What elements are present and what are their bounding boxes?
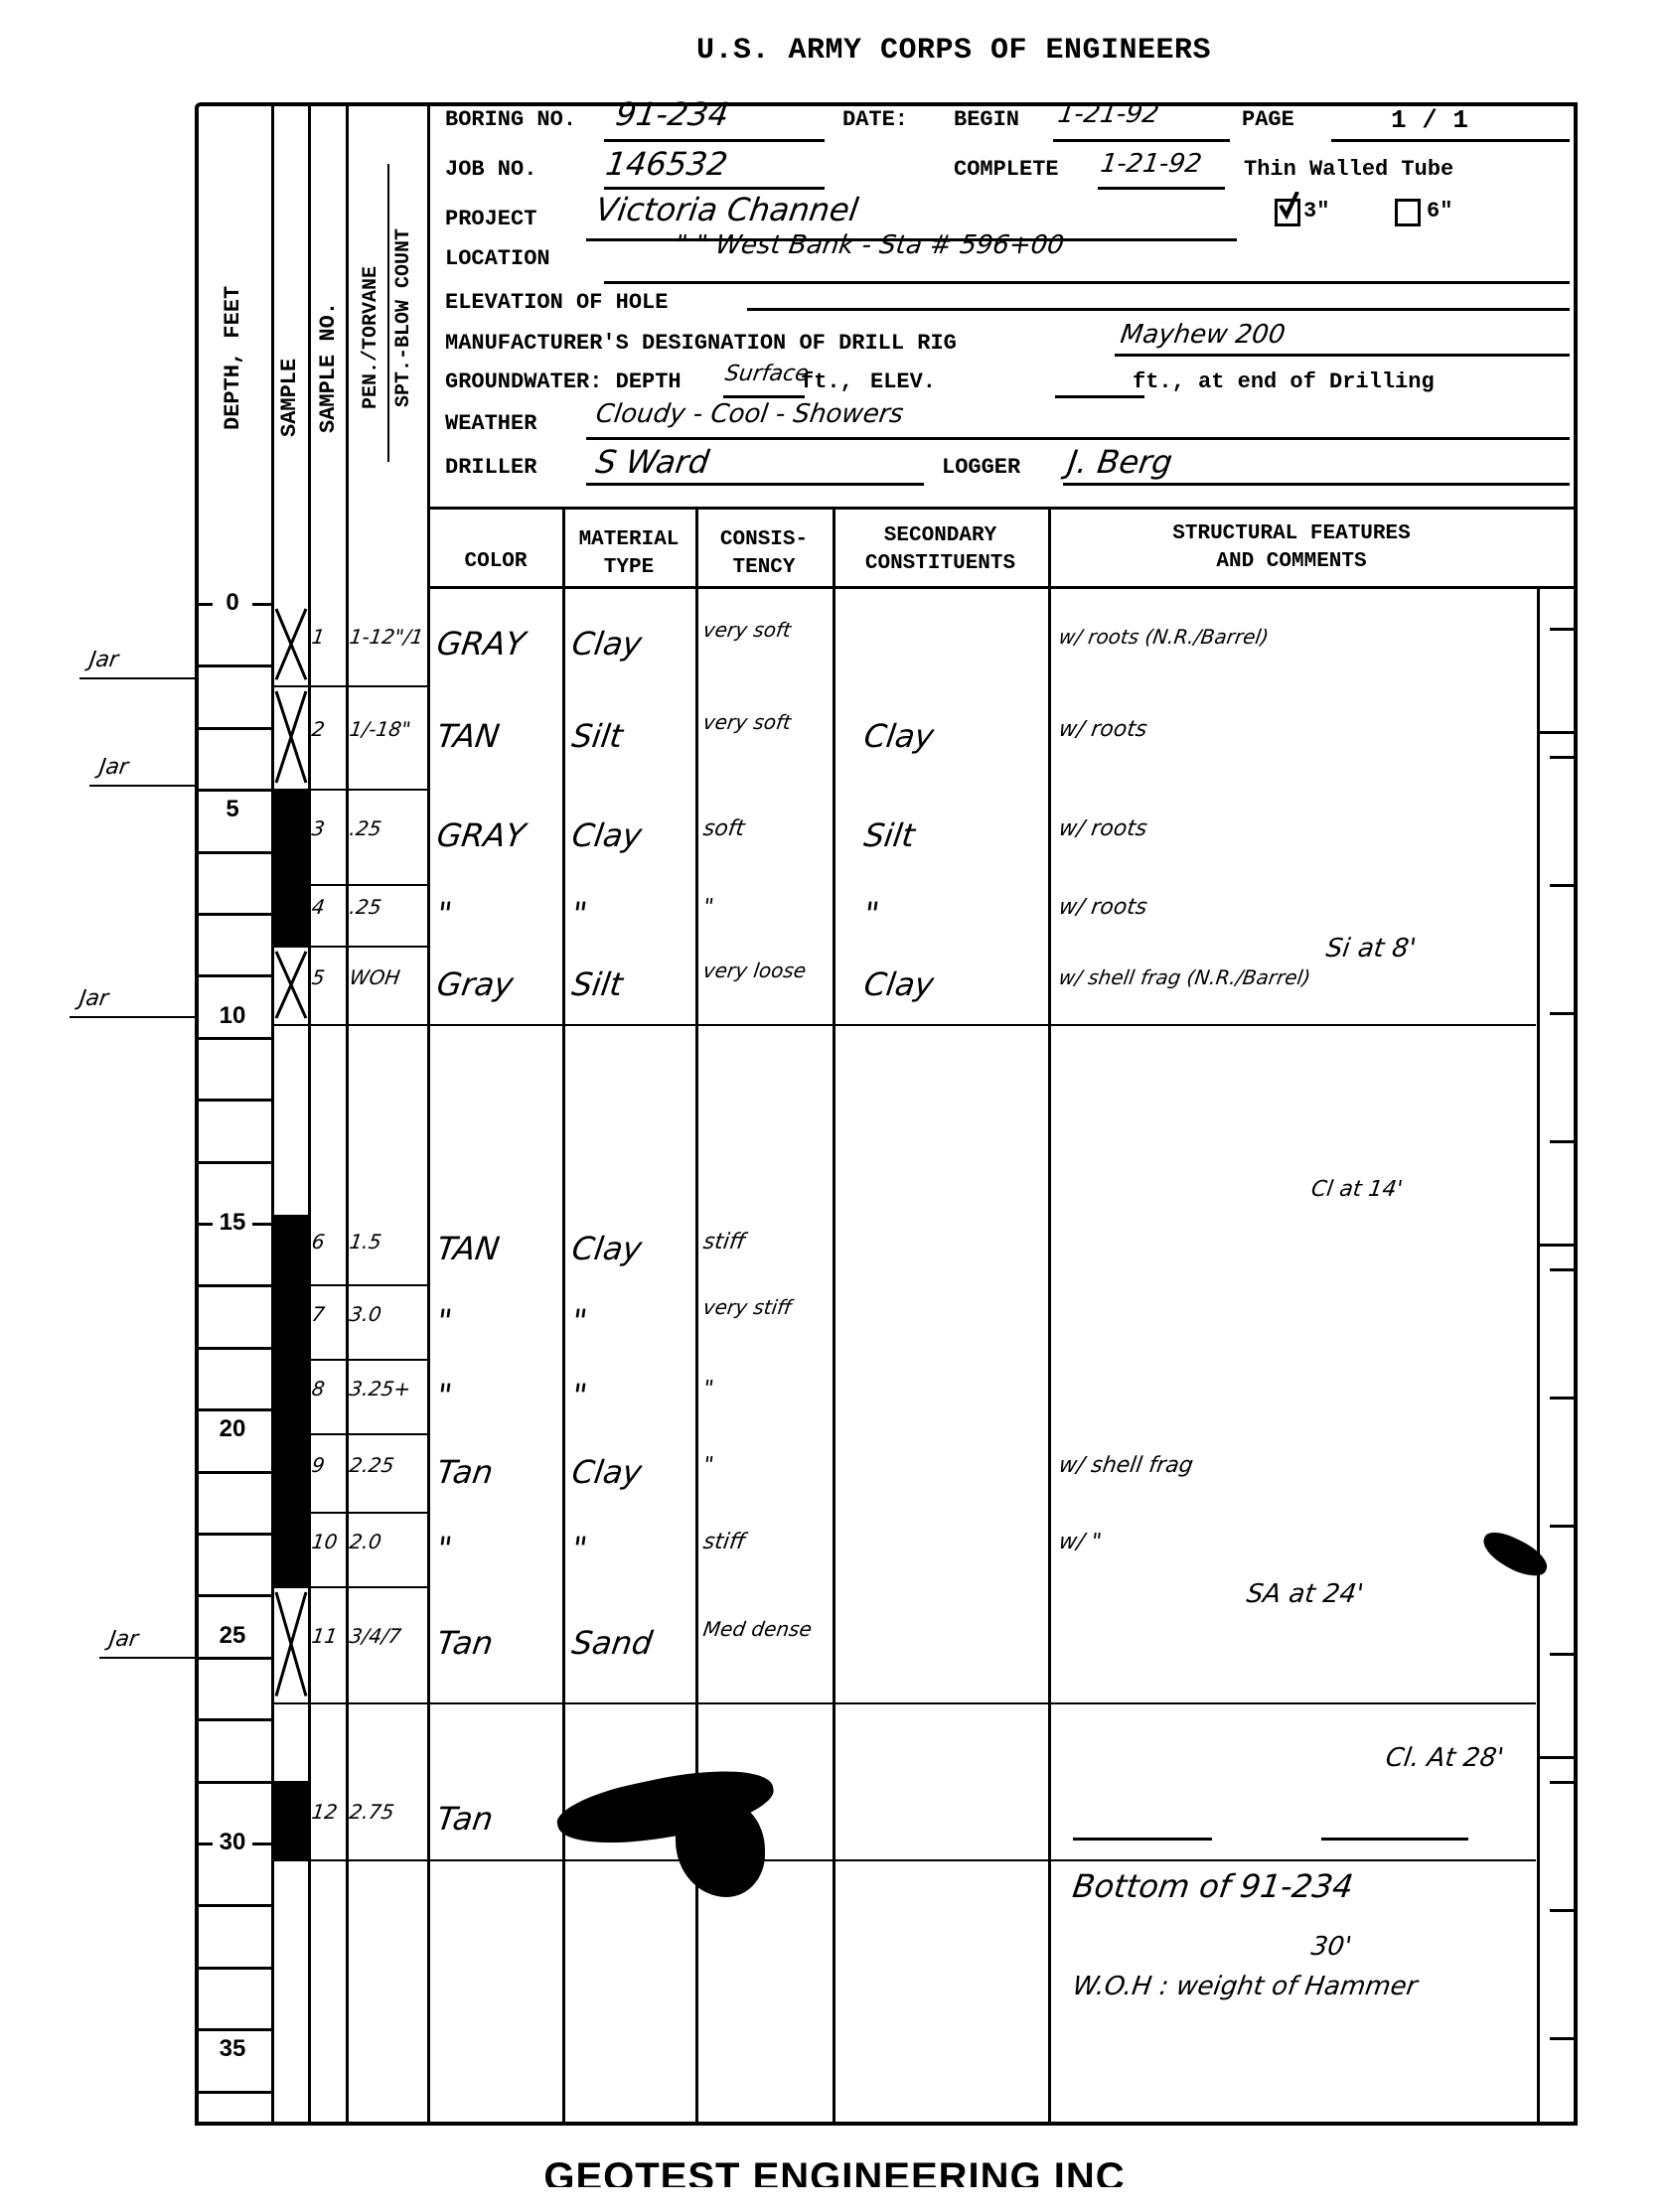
right-tick bbox=[1550, 2037, 1576, 2040]
sample-pen-value[interactable]: 3.25+ bbox=[348, 1377, 412, 1401]
elevation-label: ELEVATION OF HOLE bbox=[445, 290, 668, 315]
depth-grid-line bbox=[198, 1037, 271, 1040]
right-tick bbox=[1550, 1012, 1576, 1015]
depth-grid-line bbox=[198, 1284, 271, 1287]
sample-material[interactable]: Silt bbox=[569, 717, 625, 755]
depth-grid-line bbox=[198, 2091, 271, 2094]
sample-row-divider bbox=[274, 789, 428, 791]
sample-tube-fill bbox=[274, 1215, 308, 1586]
sample-row-divider bbox=[274, 1586, 428, 1588]
sample-pen-value[interactable]: 1-12"/1 bbox=[348, 625, 424, 649]
sample-row-divider bbox=[274, 1359, 428, 1361]
sample-x-icon bbox=[274, 1590, 308, 1697]
depth-grid-line bbox=[198, 1781, 271, 1784]
right-tick bbox=[1550, 628, 1576, 631]
comments-line-1: STRUCTURAL FEATURES bbox=[1048, 520, 1535, 548]
margin-underline bbox=[70, 1016, 195, 1018]
column-header-depth: DEPTH, FEET bbox=[221, 258, 245, 457]
right-tick bbox=[1550, 1781, 1576, 1784]
column-header-secondary: SECONDARY CONSTITUENTS bbox=[833, 522, 1048, 578]
margin-jar-mark: Jar bbox=[107, 1627, 140, 1652]
job-no-label: JOB NO. bbox=[445, 157, 536, 182]
divider bbox=[562, 507, 565, 2126]
divider bbox=[427, 507, 1578, 510]
ft-label: ft., bbox=[801, 369, 853, 394]
material-line-2: TYPE bbox=[562, 554, 695, 582]
underline bbox=[1073, 1838, 1212, 1841]
material-line-1: MATERIAL bbox=[562, 526, 695, 554]
annotation-si-at-8: Si at 8' bbox=[1324, 934, 1418, 963]
sample-material[interactable]: Clay bbox=[569, 1800, 644, 1838]
divider bbox=[427, 102, 430, 2126]
groundwater-elev-field bbox=[1055, 395, 1144, 398]
sample-consistency[interactable]: very stiff bbox=[701, 1296, 824, 1318]
right-tick bbox=[1550, 1909, 1576, 1912]
sample-consistency[interactable]: stiff bbox=[701, 1230, 747, 1254]
underline bbox=[604, 139, 825, 142]
sample-row-divider bbox=[274, 946, 428, 948]
project-value[interactable]: Victoria Channel bbox=[593, 191, 860, 228]
tube-6in-label: 6" bbox=[1427, 199, 1452, 223]
sample-tube-fill bbox=[274, 1781, 308, 1859]
sample-comments[interactable]: w/ roots bbox=[1057, 895, 1148, 920]
sample-pen-value[interactable]: 1/-18" bbox=[348, 717, 412, 741]
column-header-color: COLOR bbox=[429, 548, 562, 576]
sample-comments[interactable]: w/ roots bbox=[1057, 717, 1148, 742]
margin-jar-mark: Jar bbox=[97, 755, 130, 780]
divider bbox=[427, 586, 1578, 589]
depth-label: 30 bbox=[213, 1829, 252, 1856]
depth-grid-line bbox=[198, 1967, 271, 1970]
complete-label: COMPLETE bbox=[954, 157, 1059, 182]
column-header-comments: STRUCTURAL FEATURES AND COMMENTS bbox=[1048, 520, 1535, 576]
annotation-sa-at-24: SA at 24' bbox=[1245, 1579, 1365, 1609]
sample-tube-fill bbox=[274, 789, 308, 946]
tube-label: Thin Walled Tube bbox=[1244, 157, 1453, 182]
fraction-bar bbox=[387, 164, 389, 462]
sample-sample-no: 11 bbox=[310, 1624, 339, 1648]
depth-grid-line bbox=[198, 1718, 271, 1721]
sample-color[interactable]: Tan bbox=[434, 1800, 495, 1838]
margin-jar-mark: Jar bbox=[87, 648, 120, 672]
margin-underline bbox=[99, 1657, 195, 1659]
sample-sample-no: 10 bbox=[310, 1530, 339, 1553]
groundwater-label: GROUNDWATER: DEPTH bbox=[445, 369, 682, 394]
bottom-of-boring-note: Bottom of 91-234 bbox=[1070, 1867, 1355, 1905]
sample-pen-value[interactable]: 2.25 bbox=[348, 1453, 395, 1477]
underline bbox=[1321, 1838, 1468, 1841]
sample-material[interactable]: Silt bbox=[569, 965, 625, 1003]
driller-value[interactable]: S Ward bbox=[593, 443, 711, 481]
divider bbox=[1537, 586, 1540, 2126]
sample-color[interactable]: Gray bbox=[434, 965, 516, 1003]
sample-pen-value[interactable]: WOH bbox=[348, 965, 401, 989]
depth-grid-line bbox=[198, 1594, 271, 1597]
sample-material[interactable]: Clay bbox=[569, 1230, 644, 1267]
sample-consistency[interactable]: Med dense bbox=[701, 1618, 824, 1640]
job-no-value[interactable]: 146532 bbox=[603, 145, 729, 183]
underline bbox=[604, 187, 825, 190]
divider bbox=[833, 507, 835, 2126]
secondary-line-2: CONSTITUENTS bbox=[833, 550, 1048, 578]
sample-color[interactable]: Tan bbox=[434, 1624, 495, 1662]
page-label: PAGE bbox=[1242, 107, 1294, 132]
depth-grid-line bbox=[198, 1099, 271, 1102]
depth-label: 35 bbox=[213, 2035, 252, 2063]
sample-pen-value[interactable]: 3.0 bbox=[348, 1302, 382, 1326]
sample-consistency[interactable]: stiff bbox=[701, 1530, 747, 1554]
boring-no-value[interactable]: 91-234 bbox=[613, 95, 731, 133]
sample-consistency[interactable]: very soft bbox=[701, 711, 824, 733]
depth-grid-line bbox=[198, 913, 271, 916]
right-tick bbox=[1550, 1397, 1576, 1400]
depth-grid-line bbox=[198, 664, 271, 667]
underline bbox=[1331, 139, 1570, 142]
sample-comments[interactable]: w/ roots bbox=[1057, 816, 1148, 841]
margin-jar-mark: Jar bbox=[77, 986, 110, 1011]
logger-label: LOGGER bbox=[942, 455, 1020, 480]
sample-color[interactable]: GRAY bbox=[434, 625, 528, 663]
column-header-pen-torvane: PEN./TORVANE bbox=[360, 223, 382, 452]
sample-row-divider bbox=[274, 1024, 1536, 1026]
sample-row-divider bbox=[274, 1859, 1536, 1861]
right-tick-major bbox=[1537, 1756, 1577, 1759]
elevation-field bbox=[747, 308, 1570, 311]
agency-title: U.S. ARMY CORPS OF ENGINEERS bbox=[119, 34, 1669, 68]
sample-row-divider bbox=[274, 685, 428, 687]
underline bbox=[1063, 483, 1570, 486]
column-header-material: MATERIAL TYPE bbox=[562, 526, 695, 582]
sample-sample-no: 12 bbox=[310, 1800, 339, 1824]
column-header-spt-blow-count: SPT.-BLOW COUNT bbox=[392, 184, 415, 452]
depth-grid-line bbox=[198, 1533, 271, 1536]
groundwater-suffix: ft., at end of Drilling bbox=[1133, 369, 1435, 394]
underline bbox=[1115, 354, 1570, 357]
sample-x-icon bbox=[274, 689, 308, 785]
tube-3in-checkbox[interactable] bbox=[1275, 199, 1300, 226]
depth-label: 15 bbox=[213, 1209, 252, 1237]
drill-rig-value[interactable]: Mayhew 200 bbox=[1119, 320, 1288, 350]
comments-line-2: AND COMMENTS bbox=[1048, 548, 1535, 576]
woh-note: W.O.H : weight of Hammer bbox=[1071, 1972, 1420, 2001]
page-value[interactable]: 1 / 1 bbox=[1391, 105, 1468, 135]
project-label: PROJECT bbox=[445, 207, 536, 231]
sample-pen-value[interactable]: 3/4/7 bbox=[348, 1624, 402, 1648]
sample-comments[interactable]: w/ roots (N.R./Barrel) bbox=[1057, 625, 1270, 649]
right-tick-major bbox=[1537, 1244, 1577, 1247]
sample-pen-value[interactable]: 2.0 bbox=[348, 1530, 382, 1553]
annotation-cl-at-14: Cl at 14' bbox=[1309, 1177, 1404, 1202]
date-label: DATE: bbox=[842, 107, 908, 132]
location-value[interactable]: " " West Bank - Sta # 596+00 bbox=[674, 230, 1066, 260]
underline bbox=[1053, 139, 1230, 142]
tube-3in-label: 3" bbox=[1303, 199, 1329, 223]
drill-rig-label: MANUFACTURER'S DESIGNATION OF DRILL RIG bbox=[445, 331, 957, 356]
sample-material[interactable]: Clay bbox=[569, 816, 644, 854]
sample-row-divider bbox=[274, 1702, 1536, 1704]
sample-consistency[interactable]: soft bbox=[701, 816, 746, 841]
margin-underline bbox=[89, 785, 195, 787]
right-tick bbox=[1550, 1140, 1576, 1143]
sample-secondary[interactable]: Silt bbox=[861, 816, 917, 854]
column-header-consistency: CONSIS- TENCY bbox=[695, 526, 833, 582]
sample-secondary[interactable]: Clay bbox=[861, 965, 936, 1003]
underline bbox=[604, 281, 1570, 284]
tube-6in-checkbox[interactable] bbox=[1395, 199, 1421, 226]
secondary-line-1: SECONDARY bbox=[833, 522, 1048, 550]
sample-material[interactable]: Clay bbox=[569, 1453, 644, 1491]
depth-grid-line bbox=[198, 1347, 271, 1350]
underline bbox=[723, 395, 805, 398]
sample-row-divider bbox=[274, 884, 428, 886]
logger-value[interactable]: J. Berg bbox=[1065, 443, 1174, 481]
sample-x-icon bbox=[274, 607, 308, 681]
right-tick bbox=[1550, 884, 1576, 887]
right-tick bbox=[1550, 1268, 1576, 1271]
column-header-sample-no: SAMPLE NO. bbox=[316, 288, 341, 447]
consistency-line-2: TENCY bbox=[695, 554, 833, 582]
sample-x-icon bbox=[274, 950, 308, 1020]
location-label: LOCATION bbox=[445, 246, 550, 271]
depth-grid-line bbox=[198, 851, 271, 854]
weather-label: WEATHER bbox=[445, 411, 536, 436]
consistency-line-1: CONSIS- bbox=[695, 526, 833, 554]
column-header-sample: SAMPLE bbox=[277, 348, 302, 447]
elev-label: ELEV. bbox=[870, 369, 936, 394]
depth-label: 5 bbox=[213, 796, 252, 823]
sample-color[interactable]: TAN bbox=[434, 1230, 502, 1267]
depth-grid-line bbox=[198, 1408, 271, 1411]
depth-grid-line bbox=[198, 1471, 271, 1474]
underline bbox=[1098, 187, 1225, 190]
sample-material[interactable]: Clay bbox=[569, 625, 644, 663]
depth-grid-line bbox=[198, 727, 271, 730]
sample-row-divider bbox=[274, 1512, 428, 1514]
depth-label: 25 bbox=[213, 1622, 252, 1650]
sample-consistency[interactable]: very loose bbox=[701, 959, 824, 981]
sample-row-divider bbox=[274, 1284, 428, 1286]
underline bbox=[586, 483, 924, 486]
sample-comments[interactable]: w/ shell frag (N.R./Barrel) bbox=[1057, 965, 1311, 989]
depth-grid-line bbox=[198, 1161, 271, 1164]
depth-grid-line bbox=[198, 789, 271, 792]
sample-consistency[interactable]: very soft bbox=[701, 619, 824, 641]
begin-label: BEGIN bbox=[954, 107, 1019, 132]
sample-color[interactable]: Tan bbox=[434, 1453, 495, 1491]
annotation-cl-at-28: Cl. At 28' bbox=[1384, 1743, 1506, 1773]
divider bbox=[1048, 507, 1051, 2126]
sample-row-divider bbox=[274, 1433, 428, 1435]
sample-pen-value[interactable]: .25 bbox=[348, 816, 382, 840]
depth-grid-line bbox=[198, 1657, 271, 1660]
sample-secondary[interactable]: Clay bbox=[861, 717, 936, 755]
begin-date-value[interactable]: 1-21-92 bbox=[1056, 99, 1161, 129]
boring-no-label: BORING NO. bbox=[445, 107, 576, 132]
driller-label: DRILLER bbox=[445, 455, 536, 480]
weather-value[interactable]: Cloudy - Cool - Showers bbox=[594, 399, 905, 429]
right-tick bbox=[1550, 1525, 1576, 1528]
right-tick bbox=[1550, 1653, 1576, 1656]
checkmark-icon bbox=[1278, 192, 1301, 221]
right-tick-major bbox=[1537, 731, 1577, 734]
depth-label: 20 bbox=[213, 1415, 252, 1443]
sample-pen-value[interactable]: 2.75 bbox=[348, 1800, 395, 1824]
sample-comments[interactable]: w/ " bbox=[1057, 1530, 1103, 1554]
margin-underline bbox=[79, 677, 195, 679]
depth-label: 0 bbox=[213, 589, 252, 617]
underline bbox=[586, 437, 1570, 440]
sample-color[interactable]: GRAY bbox=[434, 816, 528, 854]
depth-grid-line bbox=[198, 974, 271, 977]
bottom-depth-note: 30' bbox=[1309, 1932, 1353, 1962]
sample-pen-value[interactable]: 1.5 bbox=[348, 1230, 382, 1253]
complete-date-value[interactable]: 1-21-92 bbox=[1099, 149, 1204, 179]
sample-color[interactable]: TAN bbox=[434, 717, 502, 755]
depth-grid-line bbox=[198, 1904, 271, 1907]
depth-label: 10 bbox=[213, 1002, 252, 1030]
sample-pen-value[interactable]: .25 bbox=[348, 895, 382, 919]
company-footer: GEOTEST ENGINEERING INC bbox=[0, 2155, 1669, 2187]
depth-grid-line bbox=[198, 2028, 271, 2031]
sample-material[interactable]: Sand bbox=[569, 1624, 655, 1662]
sample-consistency[interactable]: stiff bbox=[701, 1800, 747, 1825]
groundwater-depth-value[interactable]: Surface bbox=[723, 362, 810, 386]
sample-comments[interactable]: w/ shell frag bbox=[1057, 1453, 1194, 1478]
right-tick bbox=[1550, 756, 1576, 759]
